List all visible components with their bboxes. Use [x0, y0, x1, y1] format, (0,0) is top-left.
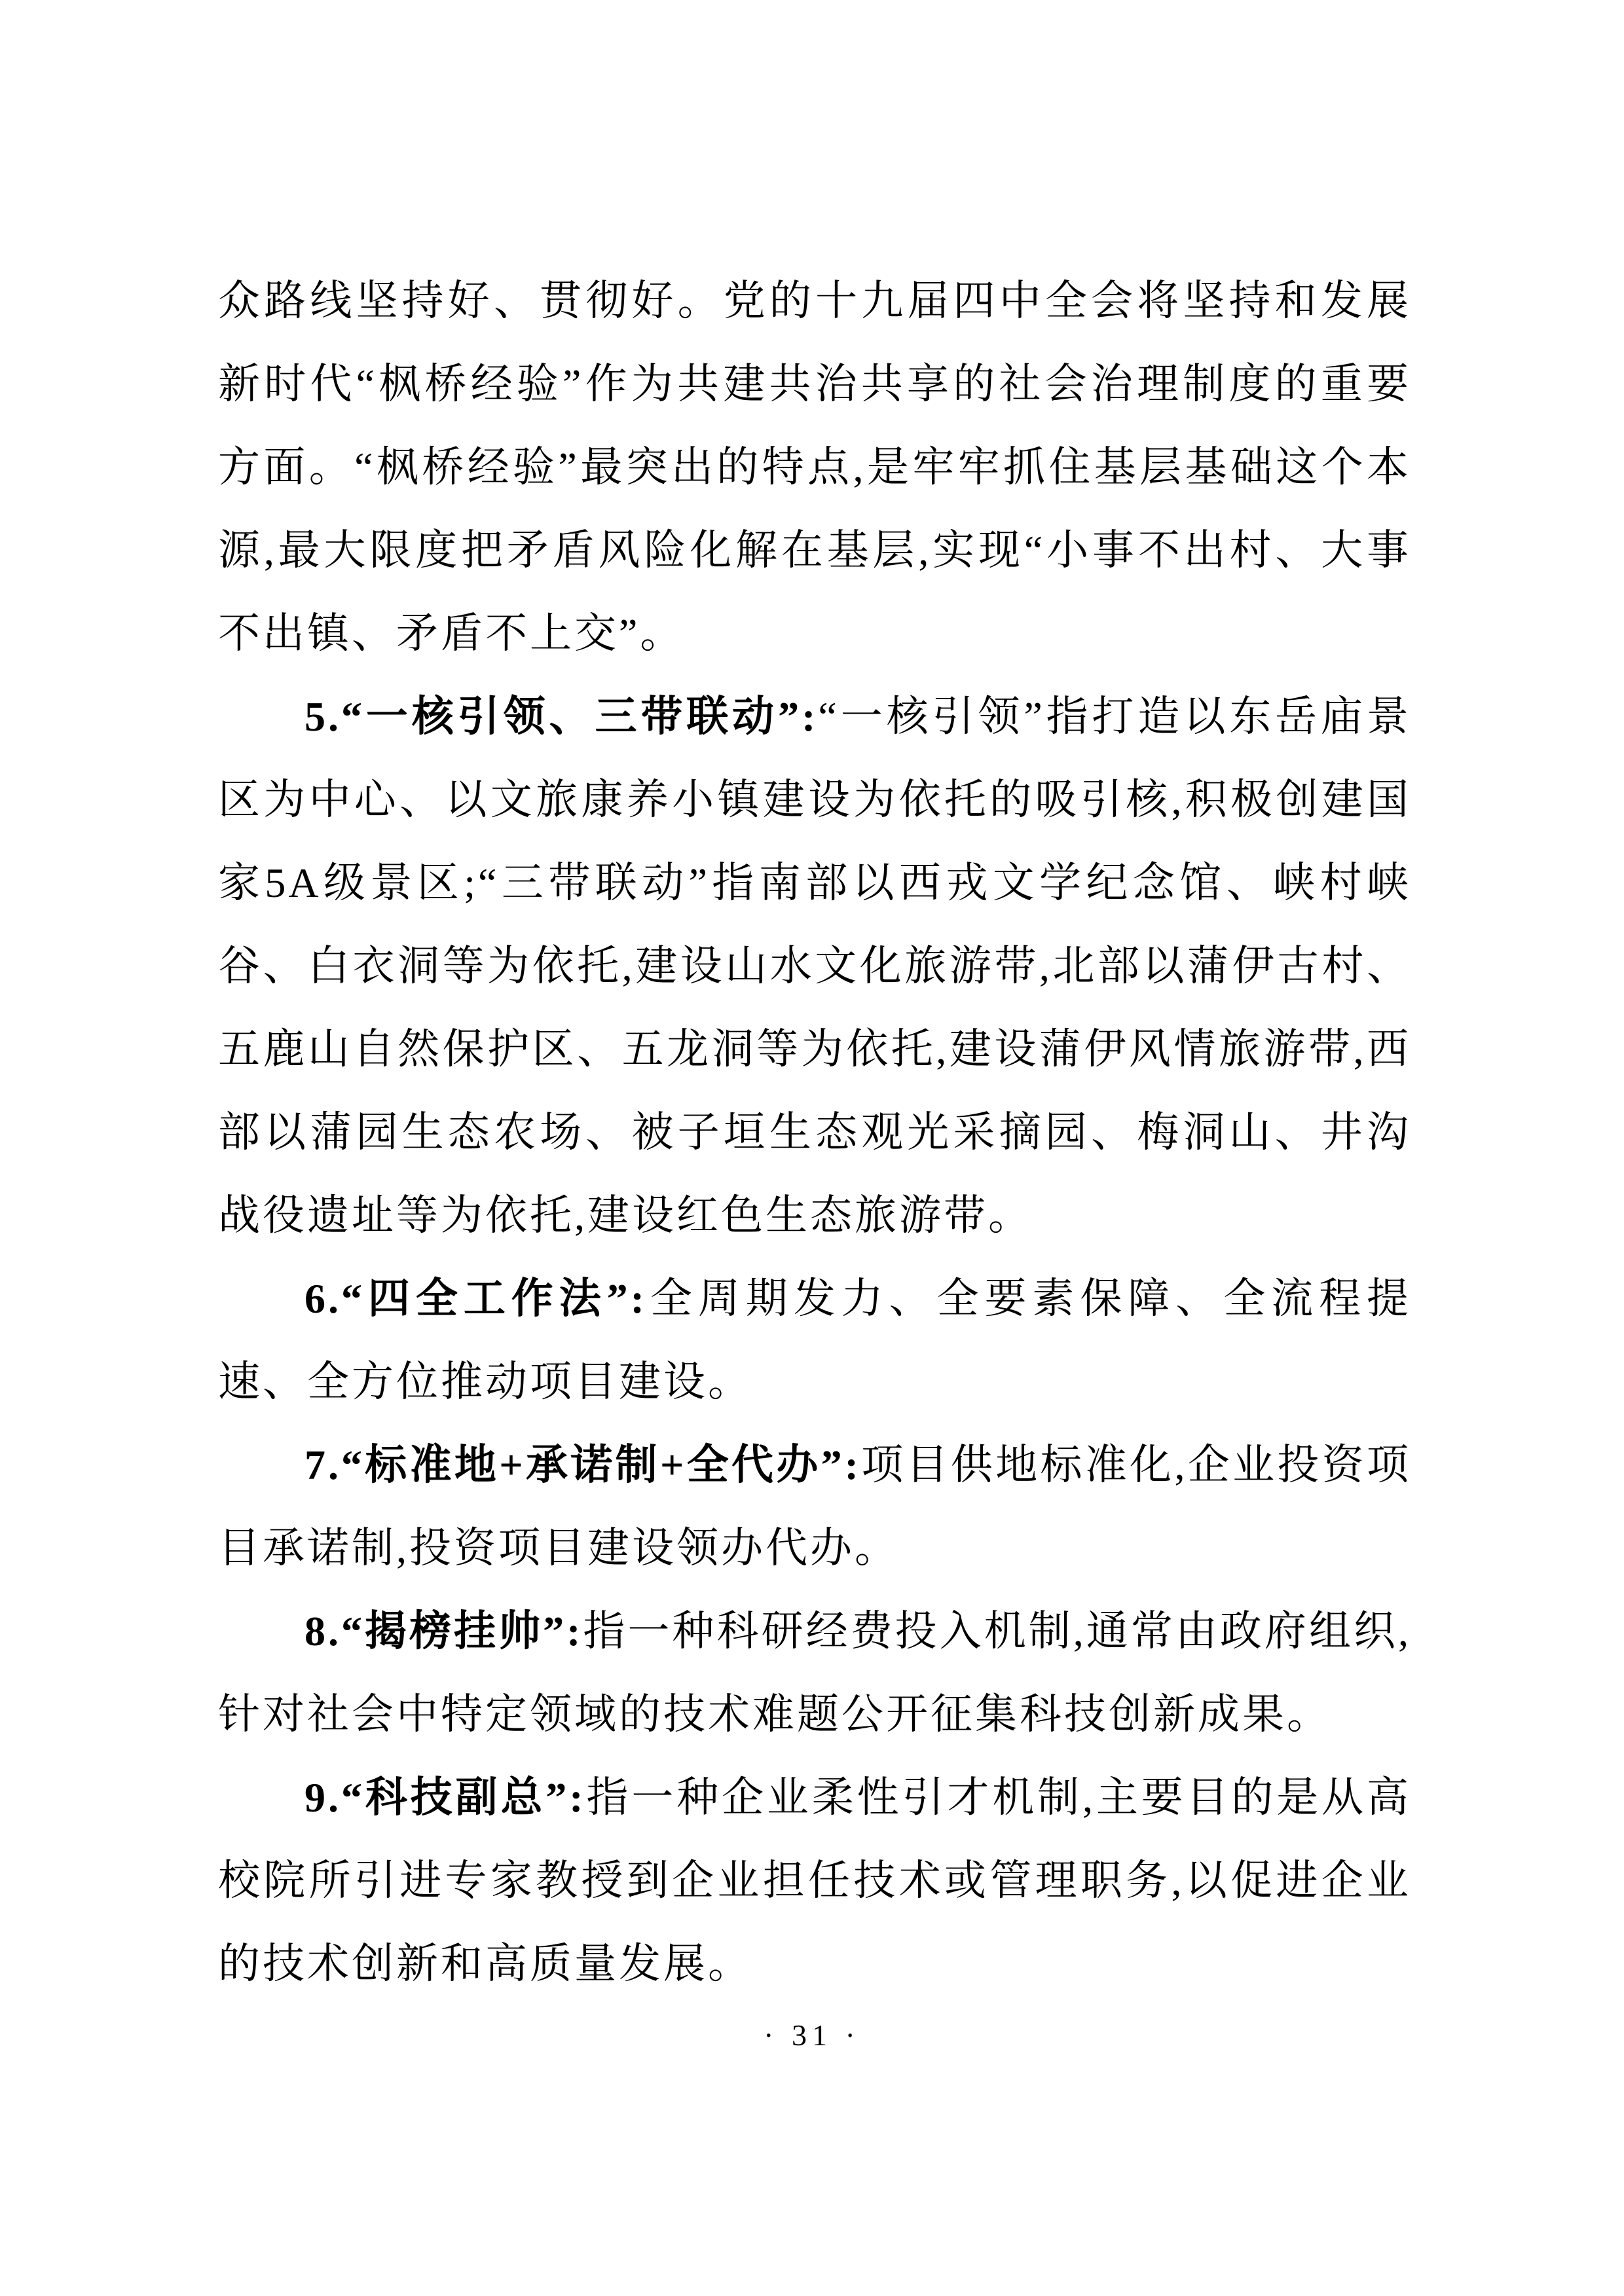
document-page: 众路线坚持好、贯彻好。党的十九届四中全会将坚持和发展新时代“枫桥经验”作为共建共… — [0, 0, 1624, 2296]
paragraph: 5.“一核引领、三带联动”:“一核引领”指打造以东岳庙景区为中心、以文旅康养小镇… — [218, 675, 1411, 1257]
paragraph: 8.“揭榜挂帅”:指一种科研经费投入机制,通常由政府组织,针对社会中特定领域的技… — [218, 1590, 1411, 1756]
term-heading: 7.“标准地+承诺制+全代办”: — [304, 1442, 861, 1488]
page-number: · 31 · — [0, 2018, 1624, 2052]
paragraph-text: “一核引领”指打造以东岳庙景区为中心、以文旅康养小镇建设为依托的吸引核,积极创建… — [218, 693, 1411, 1239]
paragraph: 9.“科技副总”:指一种企业柔性引才机制,主要目的是从高校院所引进专家教授到企业… — [218, 1756, 1411, 2005]
term-heading: 9.“科技副总”: — [304, 1774, 586, 1821]
paragraph: 6.“四全工作法”:全周期发力、全要素保障、全流程提速、全方位推动项目建设。 — [218, 1257, 1411, 1423]
term-heading: 5.“一核引领、三带联动”: — [304, 693, 818, 740]
paragraph: 7.“标准地+承诺制+全代办”:项目供地标准化,企业投资项目承诺制,投资项目建设… — [218, 1423, 1411, 1590]
term-heading: 8.“揭榜挂帅”: — [304, 1608, 583, 1654]
document-body: 众路线坚持好、贯彻好。党的十九届四中全会将坚持和发展新时代“枫桥经验”作为共建共… — [218, 259, 1411, 2005]
paragraph-text: 众路线坚持好、贯彻好。党的十九届四中全会将坚持和发展新时代“枫桥经验”作为共建共… — [218, 278, 1411, 657]
paragraph: 众路线坚持好、贯彻好。党的十九届四中全会将坚持和发展新时代“枫桥经验”作为共建共… — [218, 259, 1411, 675]
term-heading: 6.“四全工作法”: — [304, 1275, 647, 1322]
